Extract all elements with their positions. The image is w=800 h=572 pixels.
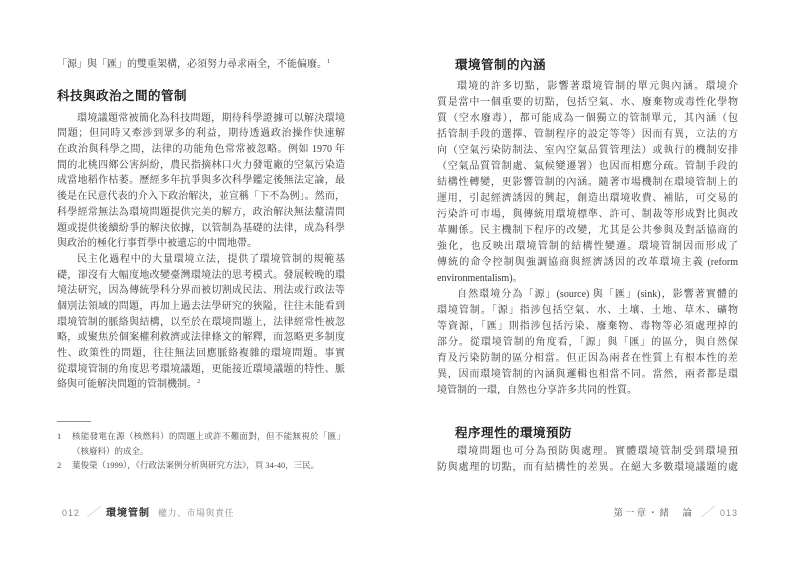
footer-left: 012 ／ 環境管制 權力、市場與責任 [62,503,234,520]
chapter-title: 第一章・緒 論 [613,505,694,519]
page-number-left: 012 [62,508,80,518]
text-line: 科學經常無法為環境問題提供完美的解方，政治解決無法釐清問 [57,205,345,221]
text-line: 性、政策性的問題，往往無法回應脈絡複雜的環境問題。事實上， [57,346,345,362]
text-line: 環境管制的脈絡與結構，以至於在環境問題上，法律經常性被忽 [57,315,345,331]
text-line: 在政治與科學之間，法律的功能角色常常被忽略。例如 1970 年 [57,142,345,158]
text-line: 結構性轉變，更影響管制的內涵。隨著市場機制在環境管制上的 [437,175,738,191]
footnote-divider [57,421,91,422]
footnote-text: 葉俊榮（1999），《行政法案例分析與研究方法》，頁 34-40，三民。 [72,458,345,473]
text-line: 環境的許多切點，影響著環境管制的單元與內涵。環境介 [437,79,738,95]
footer-slash-left: ／ [87,503,99,520]
text-line: 防與處理的切點，而有結構性的差異。在絕大多數環境議題的處 [437,460,738,476]
text-line: 境法研究，因為傳統學科分界而被切割成民法、刑法或行政法等 [57,283,345,299]
text-line: 境管制的一環，自然也分享許多共同的性質。 [437,383,738,399]
body-text-right-1: 環境的許多切點，影響著環境管制的單元與內涵。環境介質是當中一個重要的切點，包括空… [437,79,738,399]
text-line: environmentalism)。 [437,271,738,287]
text-line: 與政治的極化行事哲學中被遺忘的中間地帶。 [57,236,345,252]
text-line: 環境問題也可分為預防與處理。實體環境管制受到環境預 [437,444,738,460]
text-line: 民主化過程中的大量環境立法，提供了環境管制的規範基 [57,252,345,268]
section-heading-left: 科技與政治之間的管制 [57,88,345,104]
footnote-ref-2: 2 [197,378,200,385]
text-line: 後是在民意代表的介入下政治解決，並宣稱「下不為例」。然而， [57,189,345,205]
text-line: 育及污染防制的區分相當。但正因為兩者在性質上有根本性的差 [437,351,738,367]
text-line: 自然環境分為「源」(source) 與「匯」(sink)，影響著實體的 [437,287,738,303]
text-line: 環境議題常被簡化為科技問題，期待科學證據可以解決環境 [57,111,345,127]
text-line: 等資源，「匯」則指涉包括污染、廢棄物、毒物等必須處理掉的 [437,319,738,335]
footnotes: 1核能發電在源（核燃料）的問題上或許不難面對，但不能無視於「匯」（核廢料）的成全… [57,429,345,473]
text-line: 質（空水廢毒），都可能成為一個獨立的管制單元，其內涵（包 [437,111,738,127]
text-line: 成當地稻作枯萎。歷經多年抗爭與多次科學鑑定後無法定論，最 [57,173,345,189]
page-left: 「源」與「匯」的雙重架構，必須努力尋求兩全，不能偏廢。1 科技與政治之間的管制 … [57,57,345,393]
text-line: 運用，引起經濟誘因的興起，創造出環境收費、補貼，可交易的 [437,191,738,207]
carryover-text: 「源」與「匯」的雙重架構，必須努力尋求兩全，不能偏廢。 [57,59,327,70]
text-line: 質是當中一個重要的切點，包括空氣、水、廢棄物或毒性化學物 [437,95,738,111]
text-line: 括管制手段的選擇、管制程序的設定等等）因而有異，立法的方 [437,127,738,143]
book-spread: 「源」與「匯」的雙重架構，必須努力尋求兩全，不能偏廢。1 科技與政治之間的管制 … [0,0,800,572]
text-line: 礎，卻沒有大幅度地改變臺灣環境法的思考模式。發展較晚的環 [57,268,345,284]
body-text-left: 環境議題常被簡化為科技問題，期待科學證據可以解決環境問題；但同時又牽涉到眾多的利… [57,111,345,393]
text-line: 異，因而環境管制的內涵與邏輯也相當不同。當然，兩者都是環 [437,367,738,383]
text-line: 向（空氣污染防制法、室內空氣品質管理法）或執行的機制安排 [437,143,738,159]
text-line: 強化，也反映出環境管制的結構性變遷。環境管制因而形成了 [437,239,738,255]
page-number-right: 013 [720,508,738,518]
footnote-ref-1: 1 [327,58,330,65]
text-line: 污染許可市場，與傳統用環境標準、許可、制裁等形成對比與改 [437,207,738,223]
text-line: 從環境管制的角度思考環境議題，更能接近環境議題的特性、脈 [57,362,345,378]
text-line: 傳統的命令控制與強調協商與經濟誘因的改革環境主義 (reform [437,255,738,271]
text-line: 革關係。民主機制下程序的改變，尤其是公共參與及對話協商的 [437,223,738,239]
book-subtitle: 權力、市場與責任 [158,506,234,519]
text-line: 問題；但同時又牽涉到眾多的利益，期待透過政治操作快速解決。 [57,126,345,142]
text-line: （空氣品質管制處、氣候變遷署）也因而相應分疏。管制手段的 [437,159,738,175]
section-heading-right-2: 程序理性的環境預防 [455,425,738,441]
footnote-item: 1核能發電在源（核燃料）的問題上或許不難面對，但不能無視於「匯」（核廢料）的成全… [57,429,345,458]
page-right: 環境管制的內涵 環境的許多切點，影響著環境管制的單元與內涵。環境介質是當中一個重… [437,57,738,476]
footnote-number: 2 [57,458,72,473]
footnote-text: 核能發電在源（核燃料）的問題上或許不難面對，但不能無視於「匯」（核廢料）的成全。 [72,429,345,458]
footer-right: 第一章・緒 論 ／ 013 [437,503,738,520]
footnote-number: 1 [57,429,72,458]
footer-slash-right: ／ [701,503,713,520]
section-heading-right-1: 環境管制的內涵 [455,57,738,73]
text-line: 題或提供後續紛爭的解決依據，以管制為基礎的法律，成為科學 [57,221,345,237]
footnote-block: 1核能發電在源（核燃料）的問題上或許不難面對，但不能無視於「匯」（核廢料）的成全… [57,421,345,473]
text-line: 個別法領域的問題，再加上過去法學研究的狹隘，往往未能看到 [57,299,345,315]
carryover-line: 「源」與「匯」的雙重架構，必須努力尋求兩全，不能偏廢。1 [57,57,345,73]
body-text-right-2: 環境問題也可分為預防與處理。實體環境管制受到環境預防與處理的切點，而有結構性的差… [437,444,738,476]
book-title: 環境管制 [106,504,150,519]
footnote-item: 2葉俊榮（1999），《行政法案例分析與研究方法》，頁 34-40，三民。 [57,458,345,473]
text-line: 略，或聚焦於個案權利救濟或法律條文的解釋，而忽略更多制度 [57,330,345,346]
text-line: 絡與可能解決問題的管制機制。2 [57,377,345,393]
text-line: 間的北桃四鄉公害糾紛，農民指摘林口火力發電廠的空氣污染造 [57,158,345,174]
text-line: 環境管制。「源」指涉包括空氣、水、土壤、土地、草木、礦物 [437,303,738,319]
text-line: 部分。從環境管制的角度看，「源」與「匯」的區分，與自然保 [437,335,738,351]
